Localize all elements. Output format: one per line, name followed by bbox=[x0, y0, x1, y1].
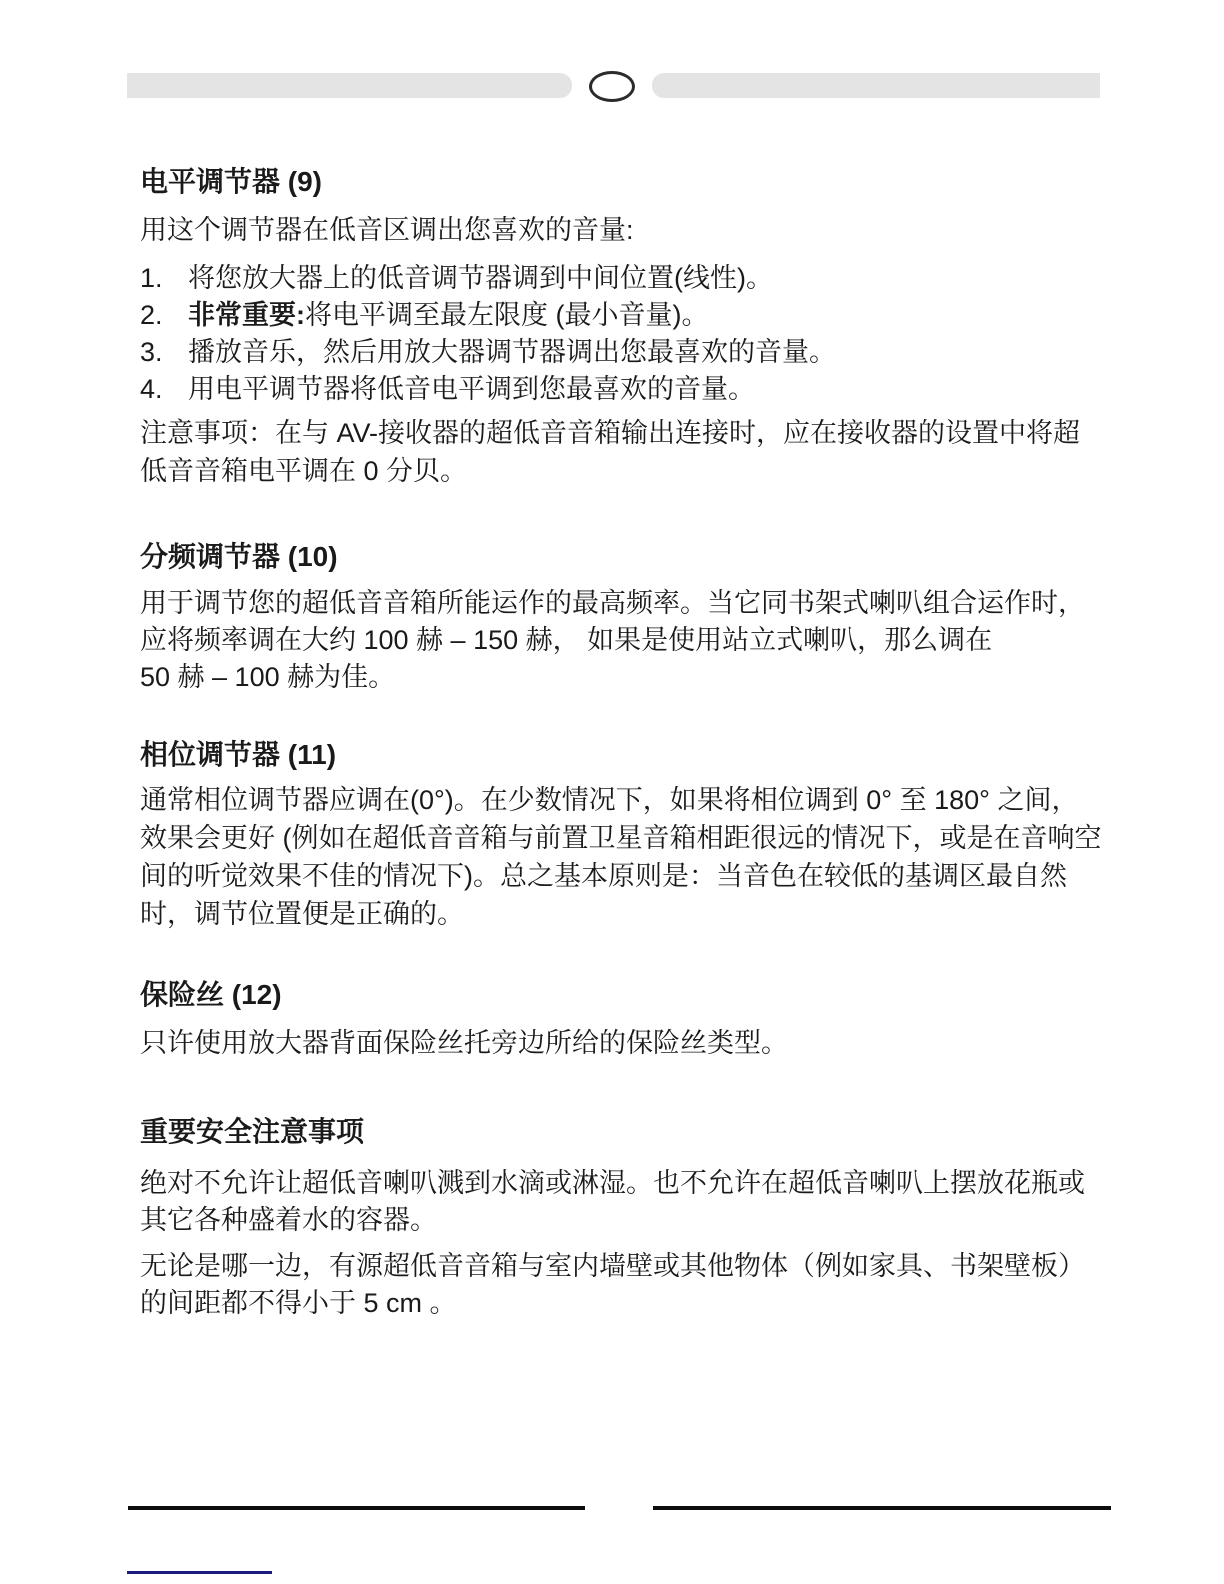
body-line: 50 赫 – 100 赫为佳。 bbox=[140, 659, 1092, 696]
step-text: 将您放大器上的低音调节器调到中间位置(线性)。 bbox=[188, 260, 773, 297]
step-number: 4. bbox=[140, 371, 188, 408]
section-phase-heading: 相位调节器 (11) bbox=[140, 738, 1092, 772]
body-line: 用于调节您的超低音音箱所能运作的最高频率。当它同书架式喇叭组合运作时， bbox=[140, 585, 1092, 622]
step-text: 将电平调至最左限度 (最小音量)。 bbox=[305, 297, 708, 334]
header-oval-ornament-icon bbox=[589, 71, 635, 102]
note-line: 注意事项：在与 AV-接收器的超低音音箱输出连接时，应在接收器的设置中将超 bbox=[140, 414, 1092, 452]
manual-page: 电平调节器 (9) 用这个调节器在低音区调出您喜欢的音量: 1. 将您放大器上的… bbox=[0, 0, 1224, 1584]
section-fuse-body: 只许使用放大器背面保险丝托旁边所给的保险丝类型。 bbox=[140, 1024, 1092, 1062]
step-text: 用电平调节器将低音电平调到您最喜欢的音量。 bbox=[188, 371, 755, 408]
footer-rule-right bbox=[653, 1506, 1111, 1510]
section-crossover-body: 用于调节您的超低音音箱所能运作的最高频率。当它同书架式喇叭组合运作时， 应将频率… bbox=[140, 585, 1092, 696]
footer-rule-left bbox=[128, 1506, 585, 1510]
body-line: 效果会更好 (例如在超低音音箱与前置卫星音箱相距很远的情况下，或是在音响空 bbox=[140, 819, 1092, 857]
step-number: 2. bbox=[140, 297, 188, 334]
section-fuse-heading: 保险丝 (12) bbox=[140, 978, 1092, 1012]
section-safety-paragraph-2: 无论是哪一边，有源超低音音箱与室内墙壁或其他物体（例如家具、书架壁板） 的间距都… bbox=[140, 1248, 1092, 1322]
section-level-heading: 电平调节器 (9) bbox=[140, 165, 1092, 199]
section-level-intro: 用这个调节器在低音区调出您喜欢的音量: bbox=[140, 211, 1092, 249]
section-safety-paragraph-1: 绝对不允许让超低音喇叭溅到水滴或淋湿。也不允许在超低音喇叭上摆放花瓶或 其它各种… bbox=[140, 1165, 1092, 1239]
body-line: 其它各种盛着水的容器。 bbox=[140, 1202, 1092, 1239]
section-phase-body: 通常相位调节器应调在(0°)。在少数情况下，如果将相位调到 0° 至 180° … bbox=[140, 781, 1092, 933]
section-safety-heading: 重要安全注意事项 bbox=[140, 1115, 1092, 1149]
body-line: 无论是哪一边，有源超低音音箱与室内墙壁或其他物体（例如家具、书架壁板） bbox=[140, 1248, 1092, 1285]
body-line: 应将频率调在大约 100 赫 – 150 赫， 如果是使用站立式喇叭，那么调在 bbox=[140, 622, 1092, 659]
step-number: 1. bbox=[140, 260, 188, 297]
section-level-steps: 1. 将您放大器上的低音调节器调到中间位置(线性)。 2. 非常重要: 将电平调… bbox=[140, 260, 1092, 408]
body-line: 绝对不允许让超低音喇叭溅到水滴或淋湿。也不允许在超低音喇叭上摆放花瓶或 bbox=[140, 1165, 1092, 1202]
body-line: 时，调节位置便是正确的。 bbox=[140, 895, 1092, 933]
step-bold-text: 非常重要: bbox=[188, 297, 305, 334]
step-item: 4. 用电平调节器将低音电平调到您最喜欢的音量。 bbox=[140, 371, 1092, 408]
header-bar-left bbox=[127, 73, 572, 98]
step-item: 2. 非常重要: 将电平调至最左限度 (最小音量)。 bbox=[140, 297, 1092, 334]
step-text: 播放音乐，然后用放大器调节器调出您最喜欢的音量。 bbox=[188, 334, 836, 371]
note-line: 低音音箱电平调在 0 分贝。 bbox=[140, 452, 1092, 490]
step-number: 3. bbox=[140, 334, 188, 371]
step-item: 3. 播放音乐，然后用放大器调节器调出您最喜欢的音量。 bbox=[140, 334, 1092, 371]
header-bar-right bbox=[652, 73, 1100, 98]
step-item: 1. 将您放大器上的低音调节器调到中间位置(线性)。 bbox=[140, 260, 1092, 297]
body-line: 的间距都不得小于 5 cm 。 bbox=[140, 1285, 1092, 1322]
body-line: 间的听觉效果不佳的情况下)。总之基本原则是：当音色在较低的基调区最自然 bbox=[140, 857, 1092, 895]
body-line: 通常相位调节器应调在(0°)。在少数情况下，如果将相位调到 0° 至 180° … bbox=[140, 781, 1092, 819]
section-level-note: 注意事项：在与 AV-接收器的超低音音箱输出连接时，应在接收器的设置中将超 低音… bbox=[140, 414, 1092, 490]
section-crossover-heading: 分频调节器 (10) bbox=[140, 540, 1092, 574]
footer-blue-line bbox=[127, 1571, 272, 1574]
